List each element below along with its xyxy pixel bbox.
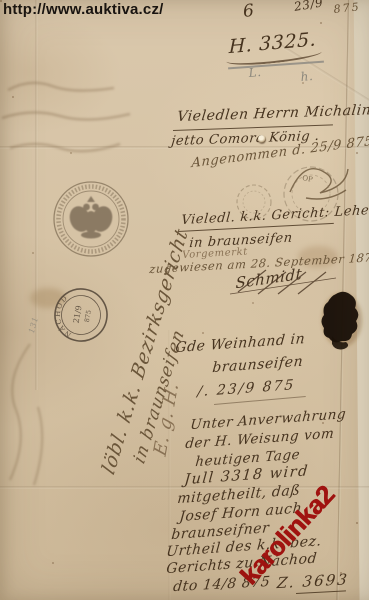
postmark-year: 875 — [83, 309, 93, 323]
handwriting-reference-number: Z. 3693 — [276, 570, 350, 592]
scanned-letter-page: http://www.auktiva.cz/ 6 23/9 875 H. 332… — [0, 0, 369, 600]
handwriting-date: 23/9 — [293, 0, 324, 14]
paper-specks — [0, 0, 2, 2]
official-seal — [50, 178, 132, 260]
double-eagle-emblem — [66, 196, 115, 239]
handwriting-addressee: Vieledlen Herrn Michalinsky — [176, 101, 369, 125]
handwriting-corner-number: 6 — [242, 1, 255, 22]
pin-hole — [258, 135, 266, 143]
postmark-nachod: NÁCHOD 21/9 875 — [52, 286, 110, 344]
pencil-initial: h. — [300, 69, 314, 84]
pencil-initial: L. — [248, 65, 262, 80]
ink-bleed-through — [0, 330, 70, 490]
ink-bleed-through — [0, 52, 170, 172]
handwriting-body-line: braunseifen — [212, 354, 304, 376]
handwriting-body-line: /. 23/9 875 — [197, 377, 296, 400]
postmark-letters: OP — [302, 174, 314, 184]
site-watermark: http://www.auktiva.cz/ — [3, 1, 164, 18]
ink-blot — [316, 288, 364, 350]
postmark-day: 21/9 — [72, 305, 84, 324]
handwriting-body-line: Gde Weinhand in — [175, 331, 306, 356]
